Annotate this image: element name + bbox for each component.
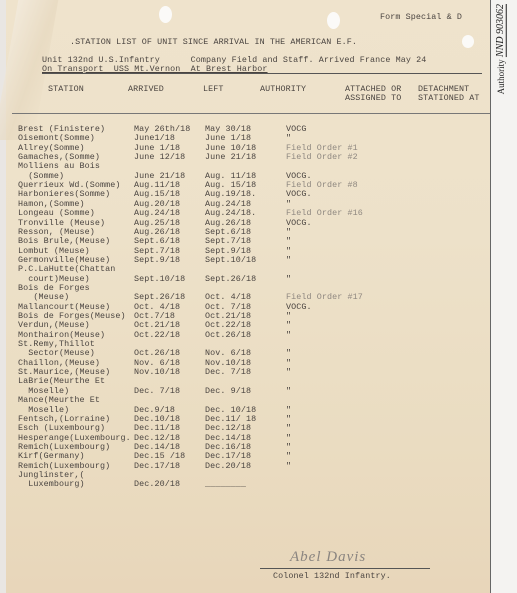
arrived-date: Dec.17/18 (134, 461, 180, 471)
arrived-date: Oct.22/18 (134, 330, 180, 340)
station-name: Luxembourg) (18, 479, 85, 489)
authority: " (286, 461, 291, 471)
col-station: STATION (48, 84, 84, 94)
col-arrived: ARRIVED (128, 84, 164, 94)
signature-rule (260, 568, 430, 569)
col-detachment-2: STATIONED AT (418, 93, 480, 103)
col-authority: AUTHORITY (260, 84, 306, 94)
left-date: Dec.20/18 (205, 461, 251, 471)
declassification-stamp: Authority NND 903062 (495, 4, 506, 94)
col-left: LEFT (203, 84, 224, 94)
authority-number: NND 903062 (495, 4, 506, 57)
authority: " (286, 386, 291, 396)
authority: " (286, 255, 291, 265)
authority-label: Authority (496, 59, 506, 94)
document-title: .STATION LIST OF UNIT SINCE ARRIVAL IN T… (70, 37, 357, 47)
col-attached-2: ASSIGNED TO (345, 93, 401, 103)
authority: " (286, 274, 291, 284)
authority: " (286, 330, 291, 340)
punch-hole (327, 12, 340, 29)
left-date: ________ (205, 479, 246, 489)
punch-hole (462, 35, 474, 48)
table-rule (12, 113, 490, 114)
left-date: June 21/18 (205, 152, 256, 162)
left-date: Sept.26/18 (205, 274, 256, 284)
left-date: Dec. 7/18 (205, 367, 251, 377)
form-label: Form Special & D (380, 12, 462, 22)
arrived-date: Dec. 7/18 (134, 386, 180, 396)
arrived-date: Sept.9/18 (134, 255, 180, 265)
authority: " (286, 367, 291, 377)
punch-hole (159, 6, 172, 23)
arrived-date: Dec.20/18 (134, 479, 180, 489)
left-date: Sept.10/18 (205, 255, 256, 265)
signature-title: Colonel 132nd Infantry. (273, 571, 391, 581)
arrived-date: Sept.10/18 (134, 274, 185, 284)
authority: Field Order #2 (286, 152, 358, 162)
left-date: Oct.26/18 (205, 330, 251, 340)
left-date: Dec. 9/18 (205, 386, 251, 396)
header-rule (42, 73, 482, 74)
arrived-date: Nov.10/18 (134, 367, 180, 377)
arrived-date: June 12/18 (134, 152, 185, 162)
signature: Abel Davis (290, 549, 366, 566)
